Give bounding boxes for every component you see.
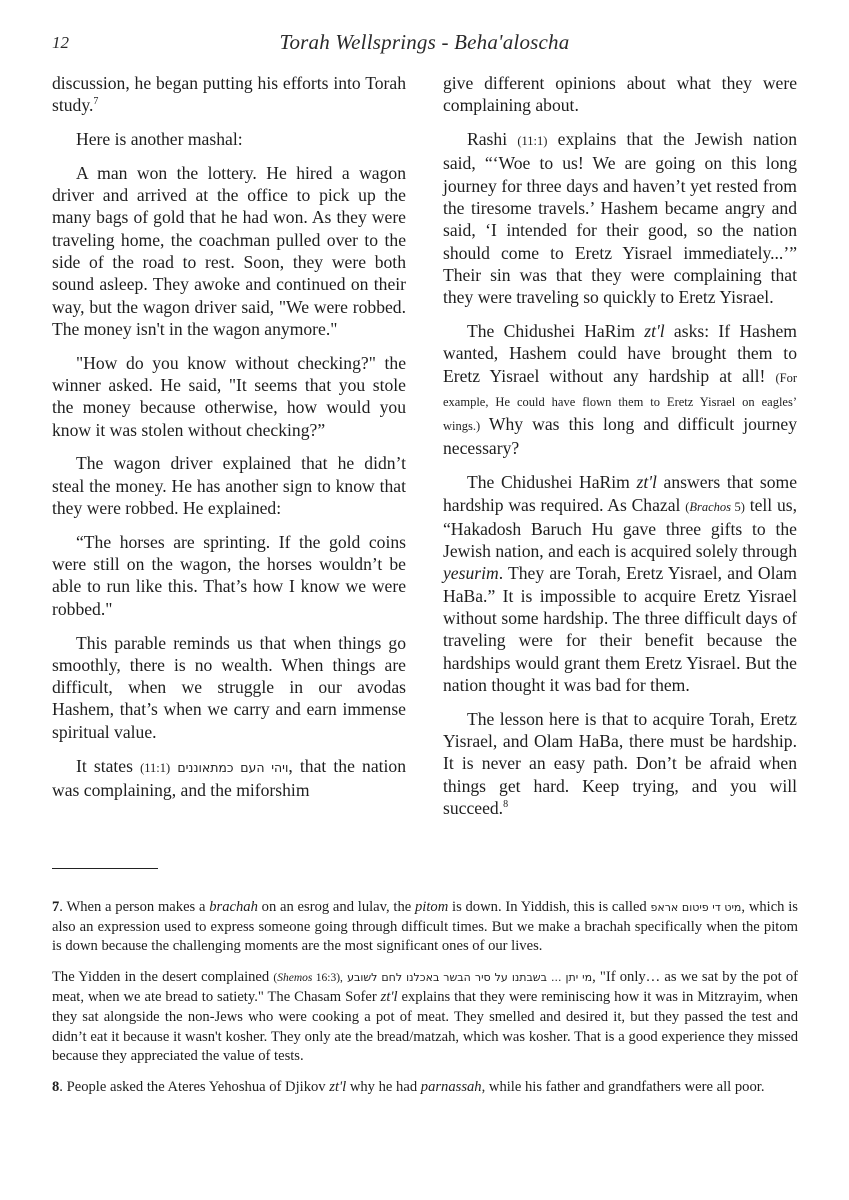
- term: yesurim: [443, 563, 499, 583]
- term: brachah: [209, 899, 258, 915]
- paragraph: The lesson here is that to acquire Torah…: [443, 708, 797, 819]
- footnote-8: 8. People asked the Ateres Yehoshua of D…: [52, 1078, 798, 1098]
- footnote-ref-8[interactable]: 8: [503, 799, 508, 810]
- citation: (11:1): [517, 134, 547, 148]
- running-head: Torah Wellsprings - Beha'aloscha: [0, 30, 849, 55]
- footnote-7-continued: The Yidden in the desert complained (She…: [52, 968, 798, 1067]
- footnote-text: on an esrog and lulav, the: [262, 899, 412, 915]
- right-column: give different opinions about what they …: [443, 72, 797, 831]
- paragraph-text: The Chidushei HaRim: [467, 321, 635, 341]
- paragraph: Here is another mashal:: [52, 128, 406, 150]
- honorific: zt'l: [329, 1079, 346, 1095]
- paragraph-text: The lesson here is that to acquire Torah…: [443, 709, 797, 818]
- honorific: zt'l: [636, 472, 656, 492]
- left-column: discussion, he began putting his efforts…: [52, 72, 406, 813]
- paragraph-text: It states: [76, 756, 133, 776]
- paragraph-text: The Chidushei HaRim: [467, 472, 630, 492]
- footnote-text: . When a person makes a: [59, 899, 205, 915]
- footnote-text: is down. In Yiddish, this is called: [452, 899, 647, 915]
- citation: (Shemos 16:3),: [273, 972, 343, 984]
- honorific: zt'l: [644, 321, 664, 341]
- hebrew-quote: ויהי העם כמתאוננים: [177, 760, 288, 775]
- paragraph-text: Why was this long and difficult journey …: [443, 414, 797, 458]
- footnote-text: why he had: [350, 1079, 417, 1095]
- term: parnassah: [421, 1079, 482, 1095]
- footnote-7: 7. When a person makes a brachah on an e…: [52, 898, 798, 957]
- paragraph: give different opinions about what they …: [443, 72, 797, 117]
- hebrew-quote: מיט די פיטום אראפ: [651, 901, 742, 914]
- footnotes: 7. When a person makes a brachah on an e…: [52, 898, 798, 1108]
- paragraph: Rashi (11:1) explains that the Jewish na…: [443, 128, 797, 308]
- paragraph: discussion, he began putting his efforts…: [52, 72, 406, 117]
- paragraph: It states (11:1) ויהי העם כמתאוננים, tha…: [52, 755, 406, 802]
- hebrew-quote: מי יתן ... בשבתנו על סיר הבשר באכלנו לחם…: [347, 971, 592, 984]
- citation-ref: 16:3),: [312, 972, 343, 984]
- paragraph: The wagon driver explained that he didn’…: [52, 452, 406, 519]
- paragraph: The Chidushei HaRim zt'l answers that so…: [443, 471, 797, 696]
- paragraph-text: Rashi: [467, 129, 507, 149]
- footnote-separator: [52, 868, 158, 869]
- citation: (11:1): [140, 761, 170, 775]
- footnote-ref-7[interactable]: 7: [93, 96, 98, 107]
- paragraph: “The horses are sprinting. If the gold c…: [52, 531, 406, 620]
- paragraph-text: explains that the Jewish nation said, “‘…: [443, 129, 797, 307]
- footnote-text: , while his father and grandfathers were…: [482, 1079, 765, 1095]
- term: pitom: [415, 899, 448, 915]
- paragraph: A man won the lottery. He hired a wagon …: [52, 162, 406, 340]
- citation-book: Brachos: [689, 500, 731, 514]
- paragraph: The Chidushei HaRim zt'l asks: If Hashem…: [443, 320, 797, 460]
- paragraph: "How do you know without checking?" the …: [52, 352, 406, 441]
- honorific: zt'l: [381, 989, 398, 1005]
- paragraph-text: discussion, he began putting his efforts…: [52, 73, 406, 115]
- footnote-text: . People asked the Ateres Yehoshua of Dj…: [59, 1079, 325, 1095]
- citation: (Brachos 5): [685, 500, 745, 514]
- citation-book: Shemos: [277, 972, 312, 984]
- citation-ref: 5): [731, 500, 745, 514]
- footnote-text: The Yidden in the desert complained: [52, 969, 269, 985]
- paragraph: This parable reminds us that when things…: [52, 632, 406, 743]
